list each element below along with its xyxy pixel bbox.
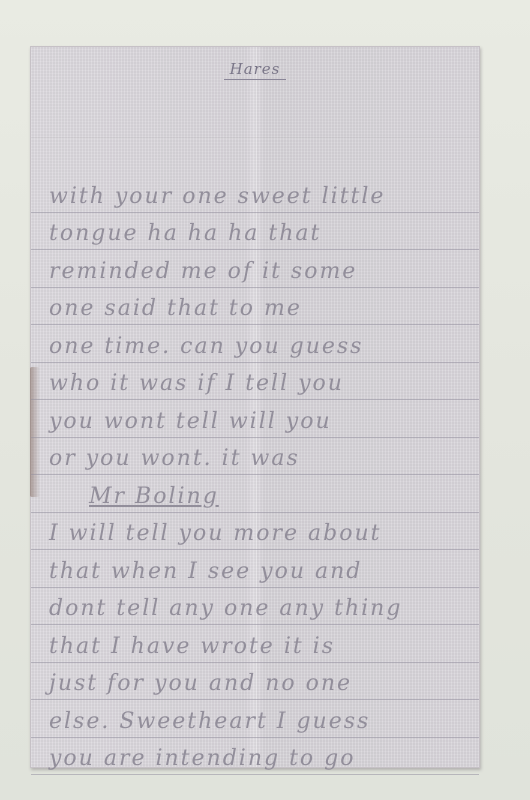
- letter-line: I will tell you more about: [31, 513, 479, 551]
- letter-line: you are intending to go: [31, 738, 479, 776]
- line-text: one time. can you guess: [49, 334, 363, 359]
- line-text: just for you and no one: [49, 671, 352, 696]
- letter-line: you wont tell will you: [31, 400, 479, 438]
- line-text: that when I see you and: [49, 559, 362, 584]
- letter-line: one time. can you guess: [31, 325, 479, 363]
- letter-line: dont tell any one any thing: [31, 588, 479, 626]
- letter-page: Hares with your one sweet little tongue …: [30, 46, 480, 768]
- line-text: that I have wrote it is: [49, 634, 335, 659]
- line-text: you wont tell will you: [49, 409, 332, 434]
- page-header: Hares: [31, 59, 479, 78]
- letter-line: tongue ha ha ha that: [31, 213, 479, 251]
- letter-line: who it was if I tell you: [31, 363, 479, 401]
- letter-line: that I have wrote it is: [31, 625, 479, 663]
- line-text: Mr Boling: [89, 484, 219, 509]
- line-text: with your one sweet little: [49, 184, 385, 209]
- letter-line-signature-name: Mr Boling: [31, 475, 479, 513]
- horizontal-fold-crease: [31, 137, 479, 139]
- ruled-lines: with your one sweet little tongue ha ha …: [31, 175, 479, 775]
- line-text: one said that to me: [49, 296, 302, 321]
- letter-line: one said that to me: [31, 288, 479, 326]
- line-text: who it was if I tell you: [49, 371, 344, 396]
- letter-line: just for you and no one: [31, 663, 479, 701]
- line-text: or you wont. it was: [49, 446, 300, 471]
- letter-line: or you wont. it was: [31, 438, 479, 476]
- header-text: Hares: [224, 60, 287, 80]
- letter-line: with your one sweet little: [31, 175, 479, 213]
- letter-line: that when I see you and: [31, 550, 479, 588]
- line-text: tongue ha ha ha that: [49, 221, 321, 246]
- line-text: reminded me of it some: [49, 259, 357, 284]
- line-text: you are intending to go: [49, 746, 356, 771]
- letter-line: else. Sweetheart I guess: [31, 700, 479, 738]
- line-text: dont tell any one any thing: [49, 596, 402, 621]
- letter-line: reminded me of it some: [31, 250, 479, 288]
- line-text: else. Sweetheart I guess: [49, 709, 370, 734]
- line-text: I will tell you more about: [49, 521, 381, 546]
